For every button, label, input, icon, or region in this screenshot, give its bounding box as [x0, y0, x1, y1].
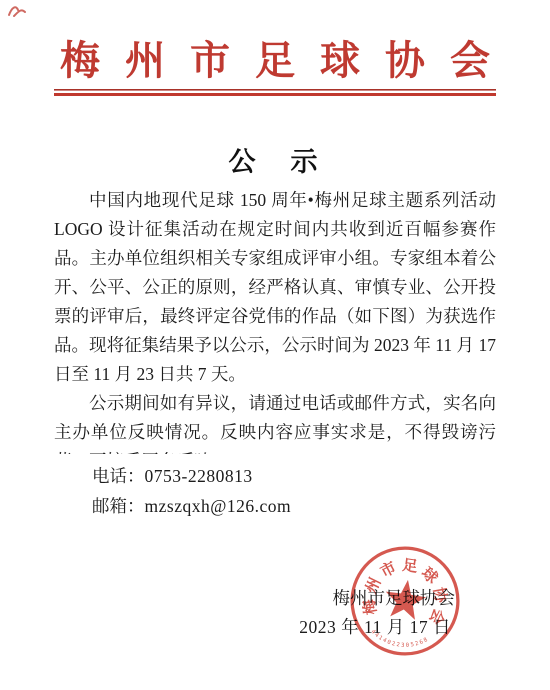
signature-org-name: 梅州市足球协会: [299, 584, 455, 613]
document-body: 中国内地现代足球 150 周年•梅州足球主题系列活动 LOGO 设计征集活动在规…: [54, 186, 496, 454]
contact-info: 电话：0753-2280813 邮箱：mzszqxh@126.com: [92, 461, 291, 521]
letterhead-title: 梅州市足球协会: [0, 38, 550, 84]
phone-value: 0753-2280813: [145, 466, 253, 486]
email-value: mzszqxh@126.com: [145, 496, 292, 516]
letterhead-rule: [54, 89, 496, 96]
seal-ring-char: 足: [401, 557, 419, 576]
seal-ring-char: 市: [377, 558, 399, 581]
corner-ink-mark: [6, 2, 28, 19]
email-line: 邮箱：mzszqxh@126.com: [92, 491, 291, 521]
body-paragraph-1: 中国内地现代足球 150 周年•梅州足球主题系列活动 LOGO 设计征集活动在规…: [54, 186, 496, 389]
announcement-document: 梅州市足球协会 公 示 中国内地现代足球 150 周年•梅州足球主题系列活动 L…: [0, 0, 550, 690]
phone-label: 电话：: [92, 466, 145, 486]
document-heading: 公 示: [0, 147, 550, 177]
body-paragraph-2: 公示期间如有异议，请通过电话或邮件方式，实名向主办单位反映情况。反映内容应事实求…: [54, 389, 496, 454]
signature-date: 2023 年 11 月 17 日: [299, 613, 451, 642]
signature-block: 梅州市足球协会 2023 年 11 月 17 日: [299, 584, 455, 642]
phone-line: 电话：0753-2280813: [92, 461, 291, 491]
email-label: 邮箱：: [92, 496, 145, 516]
